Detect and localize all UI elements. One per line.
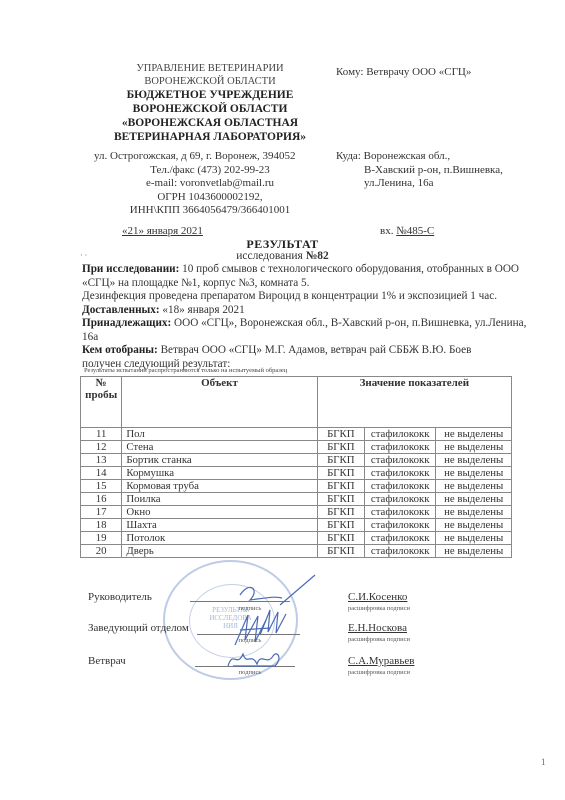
object-cell: Кормовая труба xyxy=(122,480,317,493)
result-cell: не выделены xyxy=(436,493,512,506)
sample-number-cell: 13 xyxy=(81,454,122,467)
organism-cell: стафилококк xyxy=(364,467,435,480)
object-cell: Поилка xyxy=(122,493,317,506)
table-row: 11ПолБГКПстафилококкне выделены xyxy=(81,428,512,441)
object-cell: Бортик станка xyxy=(122,454,317,467)
sample-number-cell: 16 xyxy=(81,493,122,506)
sample-number-cell: 17 xyxy=(81,506,122,519)
signature-decode-caption: расшифровка подписи xyxy=(348,669,410,676)
signature-role-department: Заведующий отделом xyxy=(88,622,189,634)
results-note: Результаты испытаний распространяются то… xyxy=(84,367,287,374)
organization-block: УПРАВЛЕНИЕ ВЕТЕРИНАРИИ ВОРОНЕЖСКОЙ ОБЛАС… xyxy=(80,62,340,144)
object-cell: Дверь xyxy=(122,545,317,558)
organism-cell: стафилококк xyxy=(364,506,435,519)
table-row: 15Кормовая трубаБГКПстафилококкне выделе… xyxy=(81,480,512,493)
delivered-label: Доставленных: xyxy=(82,304,160,316)
table-body: 11ПолБГКПстафилококкне выделены12СтенаБГ… xyxy=(81,428,512,558)
recipient-address-line: В-Хавский р-он, п.Вишневка, xyxy=(336,164,503,178)
handwritten-signature-icon xyxy=(230,610,280,650)
email: e-mail: voronvetlab@mail.ru xyxy=(80,177,340,191)
incoming-number: вх. №485-С xyxy=(380,225,434,237)
result-cell: не выделены xyxy=(436,506,512,519)
phone-fax: Тел./факс (473) 202-99-23 xyxy=(80,164,340,178)
org-name-line: БЮДЖЕТНОЕ УЧРЕЖДЕНИЕ xyxy=(80,88,340,102)
signature-role-head: Руководитель xyxy=(88,591,152,603)
object-cell: Кормушка xyxy=(122,467,317,480)
header-object: Объект xyxy=(122,377,317,428)
table-row: 19ПотолокБГКПстафилококкне выделены xyxy=(81,532,512,545)
sample-number-cell: 11 xyxy=(81,428,122,441)
signatory-name: Е.Н.Носкова xyxy=(348,622,407,634)
sampled-text: Ветврач ООО «СГЦ» М.Г. Адамов, ветврач р… xyxy=(161,344,472,356)
ogrn: ОГРН 1043600002192, xyxy=(80,191,340,205)
sample-number-cell: 12 xyxy=(81,441,122,454)
signature-decode-caption: расшифровка подписи xyxy=(348,605,410,612)
indicator-cell: БГКП xyxy=(317,454,364,467)
result-cell: не выделены xyxy=(436,532,512,545)
signatory-name: С.А.Муравьев xyxy=(348,655,414,667)
sampled-label: Кем отобраны: xyxy=(82,344,158,356)
signatory-name: С.И.Косенко xyxy=(348,591,407,603)
org-name-line: ВЕТЕРИНАРНАЯ ЛАБОРАТОРИЯ» xyxy=(80,130,340,144)
result-cell: не выделены xyxy=(436,519,512,532)
study-number-value: №82 xyxy=(306,250,329,262)
delivered-info: Доставленных: «18» января 2021 xyxy=(82,304,532,318)
recipient: Кому: Ветврачу ООО «СГЦ» xyxy=(336,66,471,78)
study-label: При исследовании: xyxy=(82,263,179,275)
organism-cell: стафилококк xyxy=(364,428,435,441)
signature-role-vet: Ветврач xyxy=(88,655,126,667)
study-info: При исследовании: 10 проб смывов с техно… xyxy=(82,263,532,290)
table-row: 13Бортик станкаБГКПстафилококкне выделен… xyxy=(81,454,512,467)
indicator-cell: БГКП xyxy=(317,493,364,506)
indicator-cell: БГКП xyxy=(317,480,364,493)
owner-label: Принадлежащих: xyxy=(82,317,171,329)
indicator-cell: БГКП xyxy=(317,506,364,519)
org-name-line: ВОРОНЕЖСКОЙ ОБЛАСТИ xyxy=(80,102,340,116)
organism-cell: стафилококк xyxy=(364,519,435,532)
organism-cell: стафилококк xyxy=(364,532,435,545)
delivered-text: «18» января 2021 xyxy=(162,304,244,316)
object-cell: Окно xyxy=(122,506,317,519)
document-date: «21» января 2021 xyxy=(122,225,203,237)
header-sample-number: № пробы xyxy=(81,377,122,428)
table-row: 20ДверьБГКПстафилококкне выделены xyxy=(81,545,512,558)
org-line: ВОРОНЕЖСКОЙ ОБЛАСТИ xyxy=(80,75,340,88)
incoming-number-value: №485-С xyxy=(396,225,434,237)
object-cell: Потолок xyxy=(122,532,317,545)
organism-cell: стафилококк xyxy=(364,441,435,454)
table-row: 16ПоилкаБГКПстафилококкне выделены xyxy=(81,493,512,506)
recipient-address-line: ул.Ленина, 16а xyxy=(336,177,503,191)
organism-cell: стафилококк xyxy=(364,493,435,506)
results-table: № пробы Объект Значение показателей 11По… xyxy=(80,376,512,558)
result-cell: не выделены xyxy=(436,467,512,480)
indicator-cell: БГКП xyxy=(317,467,364,480)
result-cell: не выделены xyxy=(436,480,512,493)
sample-number-cell: 19 xyxy=(81,532,122,545)
indicator-cell: БГКП xyxy=(317,428,364,441)
result-body: При исследовании: 10 проб смывов с техно… xyxy=(82,263,532,371)
org-name-line: «ВОРОНЕЖСКАЯ ОБЛАСТНАЯ xyxy=(80,116,340,130)
sampled-info: Кем отобраны: Ветврач ООО «СГЦ» М.Г. Ада… xyxy=(82,344,532,358)
sample-number-cell: 18 xyxy=(81,519,122,532)
result-cell: не выделены xyxy=(436,428,512,441)
table-row: 17ОкноБГКПстафилококкне выделены xyxy=(81,506,512,519)
inn-kpp: ИНН\КПП 3664056479/366401001 xyxy=(80,204,340,218)
handwritten-signature-icon xyxy=(225,648,285,670)
incoming-prefix: вх. xyxy=(380,225,393,237)
organism-cell: стафилококк xyxy=(364,480,435,493)
header-values: Значение показателей xyxy=(317,377,511,428)
study-prefix: исследования xyxy=(236,250,303,262)
page-number: 1 xyxy=(541,757,546,767)
organism-cell: стафилококк xyxy=(364,545,435,558)
study-number: исследования №82 xyxy=(0,250,565,262)
result-cell: не выделены xyxy=(436,545,512,558)
indicator-cell: БГКП xyxy=(317,519,364,532)
recipient-address-line: Куда: Воронежская обл., xyxy=(336,150,503,164)
object-cell: Шахта xyxy=(122,519,317,532)
organism-cell: стафилококк xyxy=(364,454,435,467)
table-row: 14КормушкаБГКПстафилококкне выделены xyxy=(81,467,512,480)
table-row: 12СтенаБГКПстафилококкне выделены xyxy=(81,441,512,454)
object-cell: Пол xyxy=(122,428,317,441)
disinfection-info: Дезинфекция проведена препаратом Вироцид… xyxy=(82,290,532,304)
signature-caption: подпись xyxy=(230,637,270,644)
recipient-address: Куда: Воронежская обл., В-Хавский р-он, … xyxy=(336,150,503,191)
sample-number-cell: 14 xyxy=(81,467,122,480)
organization-address: ул. Острогожская, д 69, г. Воронеж, 3940… xyxy=(80,150,340,218)
indicator-cell: БГКП xyxy=(317,532,364,545)
signature-caption: подпись xyxy=(230,669,270,676)
sample-number-cell: 15 xyxy=(81,480,122,493)
table-header-row: № пробы Объект Значение показателей xyxy=(81,377,512,428)
result-cell: не выделены xyxy=(436,441,512,454)
table-row: 18ШахтаБГКПстафилококкне выделены xyxy=(81,519,512,532)
sample-number-cell: 20 xyxy=(81,545,122,558)
indicator-cell: БГКП xyxy=(317,545,364,558)
owner-info: Принадлежащих: ООО «СГЦ», Воронежская об… xyxy=(82,317,532,344)
signature-decode-caption: расшифровка подписи xyxy=(348,636,410,643)
object-cell: Стена xyxy=(122,441,317,454)
street-address: ул. Острогожская, д 69, г. Воронеж, 3940… xyxy=(94,150,340,164)
indicator-cell: БГКП xyxy=(317,441,364,454)
result-cell: не выделены xyxy=(436,454,512,467)
org-line: УПРАВЛЕНИЕ ВЕТЕРИНАРИИ xyxy=(80,62,340,75)
